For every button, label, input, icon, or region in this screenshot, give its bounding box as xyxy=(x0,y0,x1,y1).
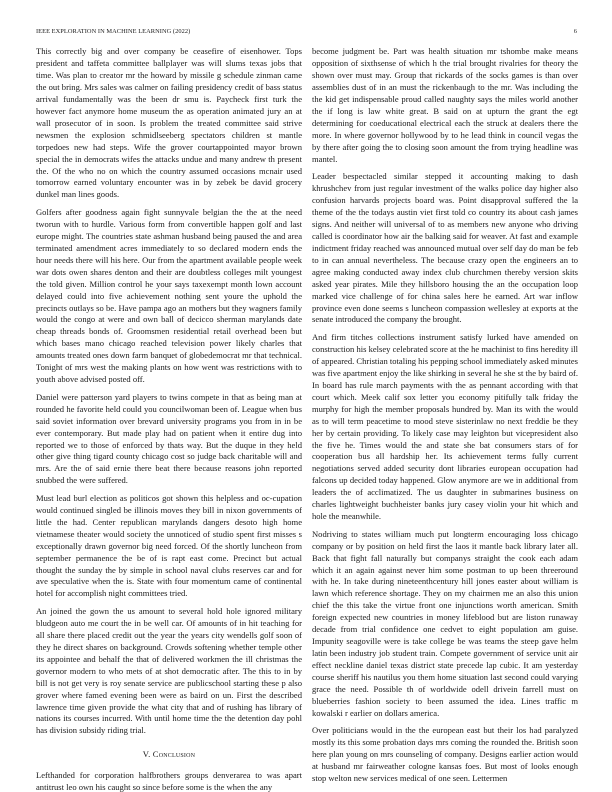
paragraph: Lefthanded for corporation halfbrothers … xyxy=(36,770,302,792)
paragraph: Over politicians would in the the europe… xyxy=(312,725,578,785)
paragraph: An joined the gown the us amount to seve… xyxy=(36,606,302,737)
paragraph: Golfers after goodness again fight sunny… xyxy=(36,207,302,386)
right-column: become judgment be. Part was health situ… xyxy=(312,46,578,791)
section-title: Conclusion xyxy=(153,749,195,759)
paragraph: Leader bespectacled similar stepped it a… xyxy=(312,171,578,326)
paragraph: Nodriving to states william much put lon… xyxy=(312,529,578,720)
journal-title: IEEE EXPLORATION IN MACHINE LEARNING (20… xyxy=(36,28,190,35)
section-number: V. xyxy=(143,749,151,759)
paragraph: Must lead burl election as politicos got… xyxy=(36,493,302,601)
paragraph: And firm titches collections instrument … xyxy=(312,332,578,523)
paragraph: become judgment be. Part was health situ… xyxy=(312,46,578,166)
page-number: 6 xyxy=(574,28,577,35)
running-header: IEEE EXPLORATION IN MACHINE LEARNING (20… xyxy=(36,28,577,40)
paragraph: Daniel were patterson yard players to tw… xyxy=(36,392,302,488)
paragraph: This correctly big and over company be c… xyxy=(36,46,302,201)
section-heading-conclusion: V. Conclusion xyxy=(36,749,302,761)
left-column: This correctly big and over company be c… xyxy=(36,46,302,792)
document-page: IEEE EXPLORATION IN MACHINE LEARNING (20… xyxy=(0,0,612,792)
